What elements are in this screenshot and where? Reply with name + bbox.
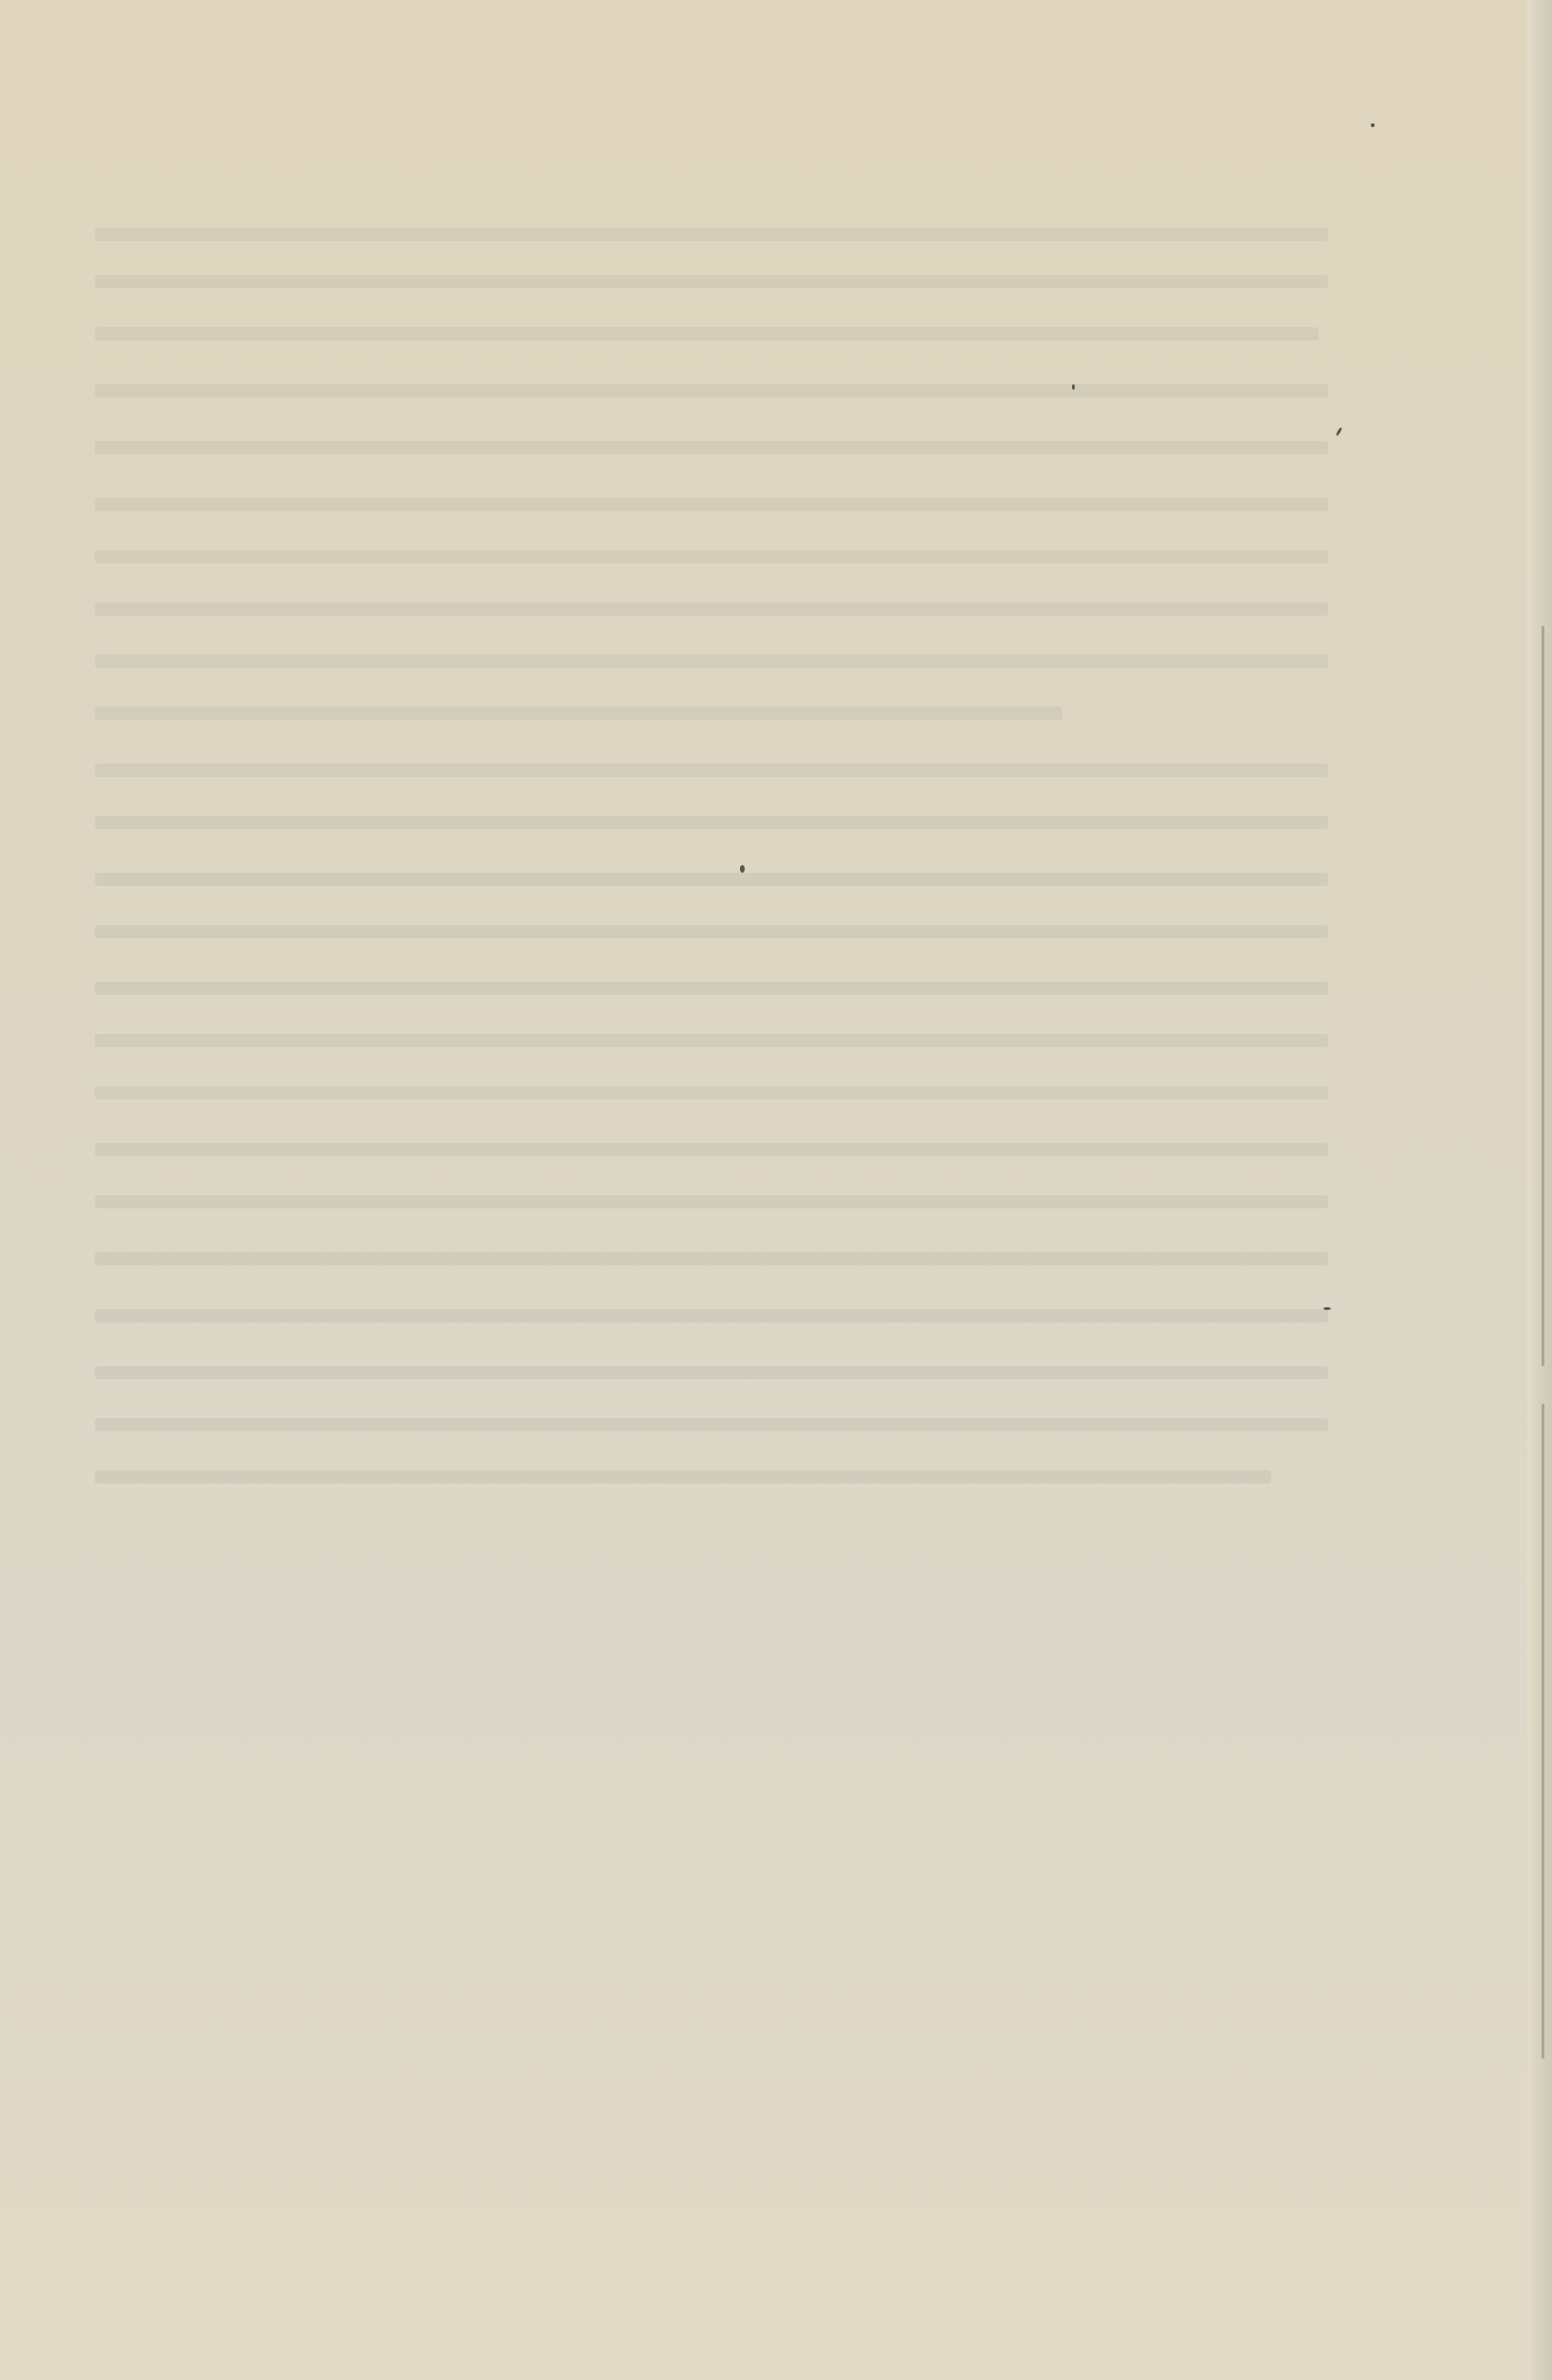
bleed-line — [95, 982, 1328, 995]
bleed-line — [95, 925, 1328, 938]
bleed-line — [95, 655, 1328, 668]
bleed-line — [95, 1418, 1328, 1431]
bleed-line — [95, 498, 1328, 511]
ink-speck — [740, 865, 745, 873]
bleed-line — [95, 1309, 1328, 1322]
bleed-line — [95, 1143, 1328, 1156]
page-binding-edge — [1527, 0, 1552, 2380]
bleed-line — [95, 816, 1328, 829]
bleed-line — [95, 1366, 1328, 1379]
bleed-line — [95, 228, 1328, 241]
ink-speck — [1323, 1307, 1331, 1310]
bleed-line — [95, 327, 1319, 341]
bleed-line — [95, 1034, 1328, 1047]
bleed-line — [95, 384, 1328, 397]
bleed-line — [95, 602, 1328, 616]
bleed-line — [95, 707, 1062, 720]
bleed-line — [95, 764, 1328, 777]
bleed-line — [95, 1470, 1271, 1484]
bleed-line — [95, 1252, 1328, 1265]
bleed-line — [95, 275, 1328, 288]
bleed-line — [95, 1086, 1328, 1099]
scanned-page — [0, 0, 1552, 2380]
bleed-line — [95, 441, 1328, 454]
ink-speck — [1371, 123, 1375, 127]
bleed-line — [95, 1195, 1328, 1208]
ink-speck — [1336, 427, 1343, 436]
ink-speck — [1072, 384, 1075, 390]
bleed-line — [95, 550, 1328, 563]
bleed-line — [95, 873, 1328, 886]
